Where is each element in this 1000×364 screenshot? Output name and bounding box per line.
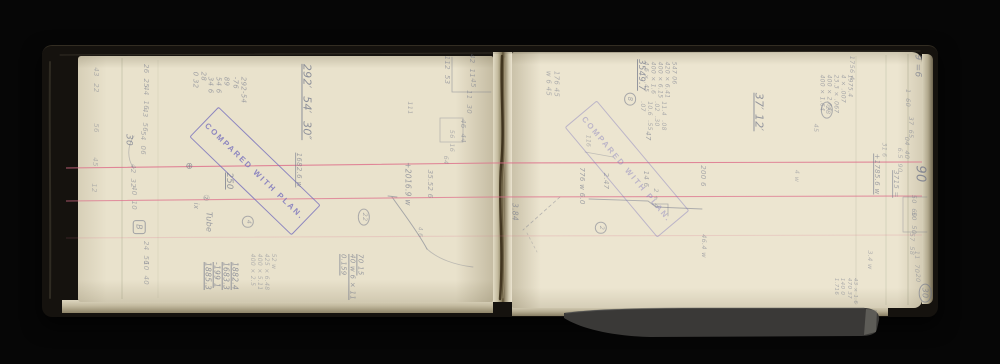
pencil-note: 10 40 [142, 261, 150, 285]
pencil-note: 26 25 [142, 64, 150, 88]
chainage-90: 90 [912, 165, 927, 182]
pencil-note: 250 [224, 172, 234, 189]
pencil-note: 31 6 [880, 143, 887, 158]
pencil-note: 2 + 4 [651, 188, 659, 207]
pencil-note: 40 10 [130, 186, 138, 210]
right-page [512, 52, 922, 308]
pencil-note: 776 w 6.0 [578, 167, 586, 204]
pencil-note: 11 30 [465, 90, 473, 114]
pencil-note: 28 0 32 [191, 72, 208, 89]
pencil-note: 54 06 [139, 131, 147, 155]
pencil-note: ix [192, 203, 200, 210]
pencil-note: 4 w [792, 170, 800, 182]
pencil-note: 1756 4 [847, 56, 855, 81]
pencil-note: 8 [624, 93, 636, 106]
pencil-note: 111 [405, 101, 413, 114]
book-gutter [493, 52, 512, 302]
pencil-note: 64 [441, 156, 449, 165]
pencil-note: 200 6 [699, 165, 707, 187]
page-number: 30 [918, 284, 931, 303]
pencil-note: 45 [91, 157, 99, 167]
heading-left: 292′ 54′ 30″ [300, 64, 313, 140]
pencil-note: 3.84 [510, 203, 519, 221]
heading-right: 37′ 12′ [752, 93, 765, 132]
pencil-note: 30 [123, 134, 134, 146]
pencil-note: 12 [90, 183, 98, 193]
pencil-note: 11 70 [912, 251, 920, 273]
pencil-note: 1882.4 1683.3 -199 1 1885.3 [203, 262, 238, 290]
pencil-note: 42 32 [129, 164, 137, 188]
pencil-note: 4.6 [416, 227, 423, 237]
pencil-note: 14 6 [642, 171, 650, 188]
pencil-note: 1 60 [903, 89, 911, 107]
pencil-note: 43 [92, 67, 100, 77]
photo-canvas: COMPARED WITH PLAN.COMPARED WITH PLAN. 4… [0, 0, 1000, 364]
pencil-note: 44 16 [142, 86, 150, 110]
pencil-note: 45 [469, 78, 477, 88]
tube-label: Tube [204, 212, 213, 232]
pencil-note: 70 15 40 w 6 × 11 0.159 [340, 254, 365, 300]
pencil-note: 2.47 [602, 173, 610, 190]
pencil-note: 28 [821, 102, 833, 119]
pencil-note: 176 45 w 6 45 [544, 71, 561, 97]
pencil-note: 43 × 1.6 470 37 140 0 1.716 [832, 278, 858, 304]
pencil-note: 6.5 90 [895, 148, 903, 173]
pencil-note: 50 50 [909, 212, 917, 234]
pencil-note: 20 [913, 274, 921, 283]
pencil-note: 56 [92, 123, 100, 133]
pencil-note: 42 11 [468, 54, 476, 78]
pencil-note: 1682.6 w [295, 153, 303, 188]
pencil-note: +1785.6 w [873, 153, 881, 194]
pencil-note: 37 [906, 117, 914, 126]
pencil-note: 35.52 6 [426, 170, 434, 199]
pencil-note: 52 w 425 × 6.48 400 × 5.11 400 × 2.5 [249, 254, 277, 291]
pencil-note: 116 [584, 135, 591, 147]
pencil-note: 56 16 [447, 130, 455, 152]
pencil-note: 3.4 w [865, 250, 873, 269]
pencil-note: 46.4 w [699, 234, 707, 258]
pencil-note: ② [201, 194, 210, 201]
pencil-note: B [132, 220, 145, 234]
pencil-note: 43 56 [141, 108, 149, 132]
pencil-note: 46 44 [459, 119, 467, 143]
pencil-note: 547 06 420 × 6.41 400 × 6.15 400 × 1.6 4… [642, 62, 677, 99]
page-edge-left-stack [56, 54, 78, 306]
pencil-note: 112 53 [443, 56, 451, 85]
pencil-note: 11.4 .08 .02 .30 10.6 .55 .07 [639, 101, 667, 130]
pencil-note: 292-54 -76 89 54 6 34 6 [206, 77, 247, 104]
pencil-note: +2016.9 w [403, 162, 412, 206]
pencil-note: ⊕ [183, 162, 194, 170]
pencil-note: 47 [644, 131, 652, 141]
pencil-note: 9 =6 [912, 54, 923, 77]
pencil-note: 3549.7 [636, 59, 646, 91]
pencil-note: 22 [92, 83, 100, 93]
pencil-note: 45 [811, 124, 819, 133]
pencil-note: 22 [358, 209, 370, 226]
pencil-note: 3715 = [892, 170, 900, 198]
